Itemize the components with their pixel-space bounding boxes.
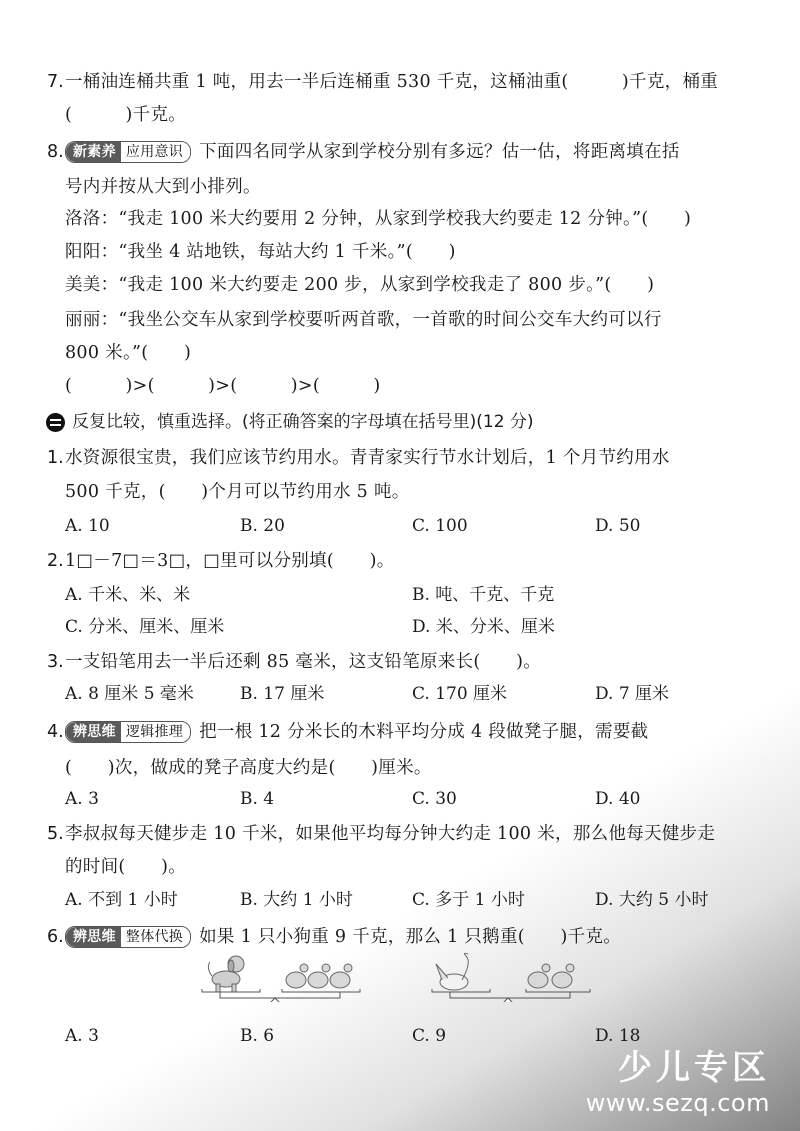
choice-question-5-number: 5. [47,822,64,846]
statement-meimei: 美美：“我走 100 米大约要走 200 步，从家到学校我走了 800 步。”(… [65,273,654,297]
section-number-two-icon [46,413,65,432]
choice-question-4-number: 4. [47,720,64,744]
q2-option-a: A. 千米、米、米 [65,583,190,607]
badge-topic: 应用意识 [121,142,190,162]
balance-scale-dog-vs-chickens [198,952,373,1002]
question-6-stem: 如果 1 只小狗重 9 千克，那么 1 只鹅重( )千克。 [199,927,621,947]
question-4-badge: 辨思维 逻辑推理 [65,721,191,743]
choice-question-6-number: 6. [47,925,64,949]
question-8-number: 8. [47,140,64,164]
badge-tag: 辨思维 [66,722,121,742]
statement-luoluo: 洛洛：“我走 100 米大约要用 2 分钟，从家到学校我大约要走 12 分钟。”… [65,207,691,231]
q2-option-c: C. 分米、厘米、厘米 [65,615,224,639]
q6-option-a: A. 3 [65,1024,99,1048]
watermark-title: 少儿专区 [586,1048,770,1088]
choice-question-4-line2: ( )次，做成的凳子高度大约是( )厘米。 [65,756,432,780]
q2-option-b: B. 吨、千克、千克 [412,583,554,607]
choice-question-1-number: 1. [47,446,64,470]
q3-option-c: C. 170 厘米 [412,682,507,706]
question-8-text-line1: 新素养 应用意识 下面四名同学从家到学校分别有多远？估一估，将距离填在括 [65,140,680,164]
badge-topic: 逻辑推理 [121,722,190,742]
goose-icon [436,953,468,990]
choice-question-3-number: 3. [47,650,64,674]
question-8-badge: 新素养 应用意识 [65,141,191,163]
question-7-number: 7. [47,70,64,94]
q1-option-b: B. 20 [240,514,285,538]
q6-option-c: C. 9 [412,1024,446,1048]
q3-option-a: A. 8 厘米 5 毫米 [65,682,194,706]
choice-question-1-line2: 500 千克，( )个月可以节约用水 5 吨。 [65,480,410,504]
chicken-icon [528,964,574,988]
q3-option-b: B. 17 厘米 [240,682,324,706]
watermark-url: www.sezq.com [586,1088,770,1118]
question-8-stem: 下面四名同学从家到学校分别有多远？估一估，将距离填在括 [199,142,680,162]
statement-lili-line1: 丽丽：“我坐公交车从家到学校要听两首歌，一首歌的时间公交车大约可以行 [65,308,662,332]
q6-option-d: D. 18 [595,1024,640,1048]
statement-yangyang: 阳阳：“我坐 4 站地铁，每站大约 1 千米。”( ) [65,240,456,264]
q5-option-b: B. 大约 1 小时 [240,888,353,912]
q2-option-d: D. 米、分米、厘米 [412,615,555,639]
q1-option-a: A. 10 [65,514,110,538]
question-8-text-line2: 号内并按从大到小排列。 [65,175,261,199]
q6-option-b: B. 6 [240,1024,274,1048]
question-4-stem: 把一根 12 分米长的木料平均分成 4 段做凳子腿，需要截 [199,722,648,742]
choice-question-1-line1: 水资源很宝贵，我们应该节约用水。青青家实行节水计划后，1 个月节约用水 [65,446,670,470]
question-7-text-line1: 一桶油连桶共重 1 吨，用去一半后连桶重 530 千克，这桶油重( )千克，桶重 [65,70,718,94]
badge-tag: 新素养 [66,142,121,162]
q5-option-c: C. 多于 1 小时 [412,888,525,912]
q4-option-d: D. 40 [595,787,640,811]
question-6-badge: 辨思维 整体代换 [65,926,191,948]
choice-question-6-line1: 辨思维 整体代换 如果 1 只小狗重 9 千克，那么 1 只鹅重( )千克。 [65,925,621,949]
q1-option-d: D. 50 [595,514,640,538]
q4-option-c: C. 30 [412,787,457,811]
q4-option-b: B. 4 [240,787,274,811]
choice-question-5-line2: 的时间( )。 [65,855,186,879]
section-2-heading: 反复比较，慎重选择。(将正确答案的字母填在括号里)(12 分) [46,411,534,433]
q3-option-d: D. 7 厘米 [595,682,669,706]
choice-question-2-line1: 1□－7□＝3□，□里可以分别填( )。 [65,549,395,573]
choice-question-5-line1: 李叔叔每天健步走 10 千米，如果他平均每分钟大约走 100 米，那么他每天健步… [65,822,715,846]
ordering-blanks: ( )>( )>( )>( ) [65,374,381,398]
choice-question-3-line1: 一支铅笔用去一半后还剩 85 毫米，这支铅笔原来长( )。 [65,650,541,674]
watermark: 少儿专区 www.sezq.com [586,1048,770,1118]
choice-question-4-line1: 辨思维 逻辑推理 把一根 12 分米长的木料平均分成 4 段做凳子腿，需要截 [65,720,648,744]
q5-option-d: D. 大约 5 小时 [595,888,708,912]
badge-topic: 整体代换 [121,927,190,947]
chicken-icon [286,964,352,988]
choice-question-2-number: 2. [47,549,64,573]
question-7-text-line2: ( )千克。 [65,103,186,127]
q1-option-c: C. 100 [412,514,468,538]
statement-lili-line2: 800 米。”( ) [65,341,191,365]
q5-option-a: A. 不到 1 小时 [65,888,178,912]
section-2-title: 反复比较，慎重选择。(将正确答案的字母填在括号里)(12 分) [72,411,534,433]
q4-option-a: A. 3 [65,787,99,811]
balance-scale-goose-vs-chickens [428,952,603,1002]
badge-tag: 辨思维 [66,927,121,947]
dog-icon [208,956,244,992]
